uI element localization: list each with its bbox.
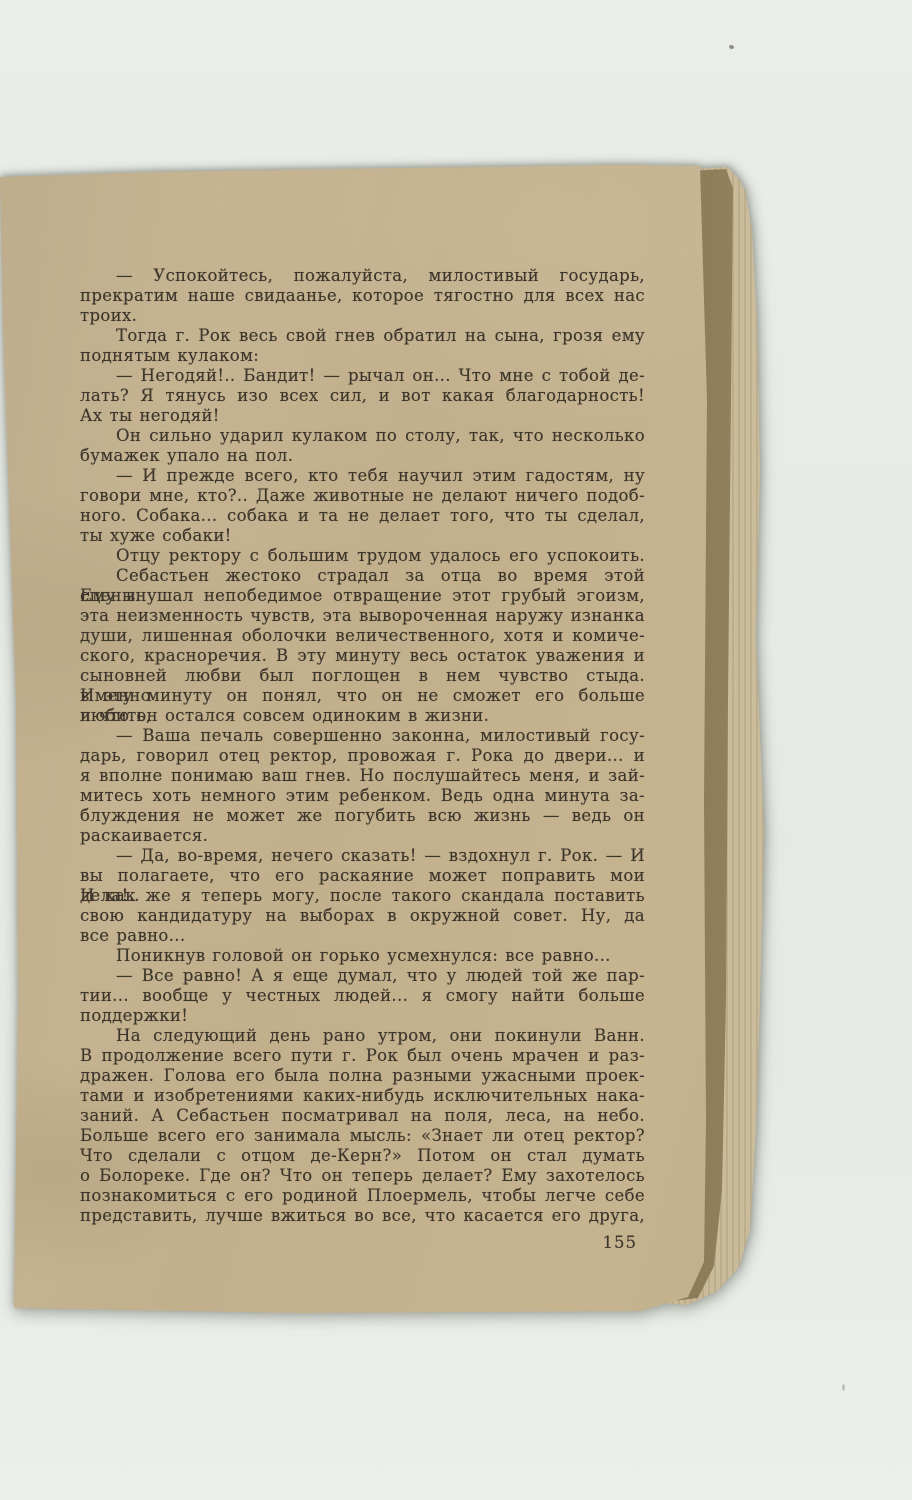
page-number: 155 <box>80 1233 637 1253</box>
page-text: — Успокойтесь, пожалуйста, милостивый го… <box>80 266 645 1226</box>
text-line: в эту минуту он понял, что он не сможет … <box>80 686 645 706</box>
text-line: Поникнув головой он горько усмехнулся: в… <box>80 946 645 966</box>
text-line: представить, лучше вжиться во все, что к… <box>80 1206 645 1226</box>
text-line: тами и изобретениями каких-нибудь исключ… <box>80 1086 645 1106</box>
text-line: Что сделали с отцом де-Керн?» Потом он с… <box>80 1146 645 1166</box>
text-line: Он сильно ударил кулаком по столу, так, … <box>80 426 645 446</box>
text-line: поддержки! <box>80 1006 645 1026</box>
text-line: говори мне, кто?.. Даже животные не дела… <box>80 486 645 506</box>
text-line: раскаивается. <box>80 826 645 846</box>
text-line: Себастьен жестоко страдал за отца во вре… <box>80 566 645 586</box>
text-line: — Ваша печаль совершенно законна, милост… <box>80 726 645 746</box>
book: — Успокойтесь, пожалуйста, милостивый го… <box>0 0 912 1500</box>
text-line: Больше всего его занимала мысль: «Знает … <box>80 1126 645 1146</box>
text-line: души, лишенная оболочки величественного,… <box>80 626 645 646</box>
text-line: все равно... <box>80 926 645 946</box>
text-line: ного. Собака... собака и та не делает то… <box>80 506 645 526</box>
text-line: поднятым кулаком: <box>80 346 645 366</box>
text-line: познакомиться с его родиной Плоермель, ч… <box>80 1186 645 1206</box>
book-page: — Успокойтесь, пожалуйста, милостивый го… <box>0 0 912 1500</box>
text-line: свою кандидатуру на выборах в окружной с… <box>80 906 645 926</box>
text-line: — И прежде всего, кто тебя научил этим г… <box>80 466 645 486</box>
scan-background: — Успокойтесь, пожалуйста, милостивый го… <box>0 0 912 1500</box>
text-line: Отцу ректору с большим трудом удалось ег… <box>80 546 645 566</box>
text-line: о Болореке. Где он? Что он теперь делает… <box>80 1166 645 1186</box>
text-line: дарь, говорил отец ректор, провожая г. Р… <box>80 746 645 766</box>
text-line: И как же я теперь могу, после такого ска… <box>80 886 645 906</box>
text-line: прекратим наше свидаанье, которое тягост… <box>80 286 645 306</box>
text-line: — Все равно! А я еще думал, что у людей … <box>80 966 645 986</box>
text-line: эта неизменность чувств, эта вывороченна… <box>80 606 645 626</box>
text-line: Тогда г. Рок весь свой гнев обратил на с… <box>80 326 645 346</box>
text-line: — Успокойтесь, пожалуйста, милостивый го… <box>80 266 645 286</box>
text-line: блуждения не может же погубить всю жизнь… <box>80 806 645 826</box>
text-line: лать? Я тянусь изо всех сил, и вот какая… <box>80 386 645 406</box>
text-line: На следующий день рано утром, они покину… <box>80 1026 645 1046</box>
text-line: — Негодяй!.. Бандит! — рычал он... Что м… <box>80 366 645 386</box>
text-line: вы полагаете, что его раскаяние может по… <box>80 866 645 886</box>
text-line: бумажек упало на пол. <box>80 446 645 466</box>
text-line: заний. А Себастьен посматривал на поля, … <box>80 1106 645 1126</box>
text-line: В продолжение всего пути г. Рок был очен… <box>80 1046 645 1066</box>
text-line: митесь хоть немного этим ребенком. Ведь … <box>80 786 645 806</box>
text-line: — Да, во-время, нечего сказать! — вздохн… <box>80 846 645 866</box>
text-line: я вполне понимаю ваш гнев. Но послушайте… <box>80 766 645 786</box>
text-line: ты хуже собаки! <box>80 526 645 546</box>
text-line: Ему внушал непобедимое отвращение этот г… <box>80 586 645 606</box>
text-line: Ах ты негодяй! <box>80 406 645 426</box>
text-line: и что он остался совсем одиноким в жизни… <box>80 706 645 726</box>
text-line: ского, красноречия. В эту минуту весь ос… <box>80 646 645 666</box>
text-line: дражен. Голова его была полна разными уж… <box>80 1066 645 1086</box>
text-line: троих. <box>80 306 645 326</box>
text-line: сыновней любви был поглощен в нем чувств… <box>80 666 645 686</box>
text-line: тии... вообще у честных людей... я смогу… <box>80 986 645 1006</box>
